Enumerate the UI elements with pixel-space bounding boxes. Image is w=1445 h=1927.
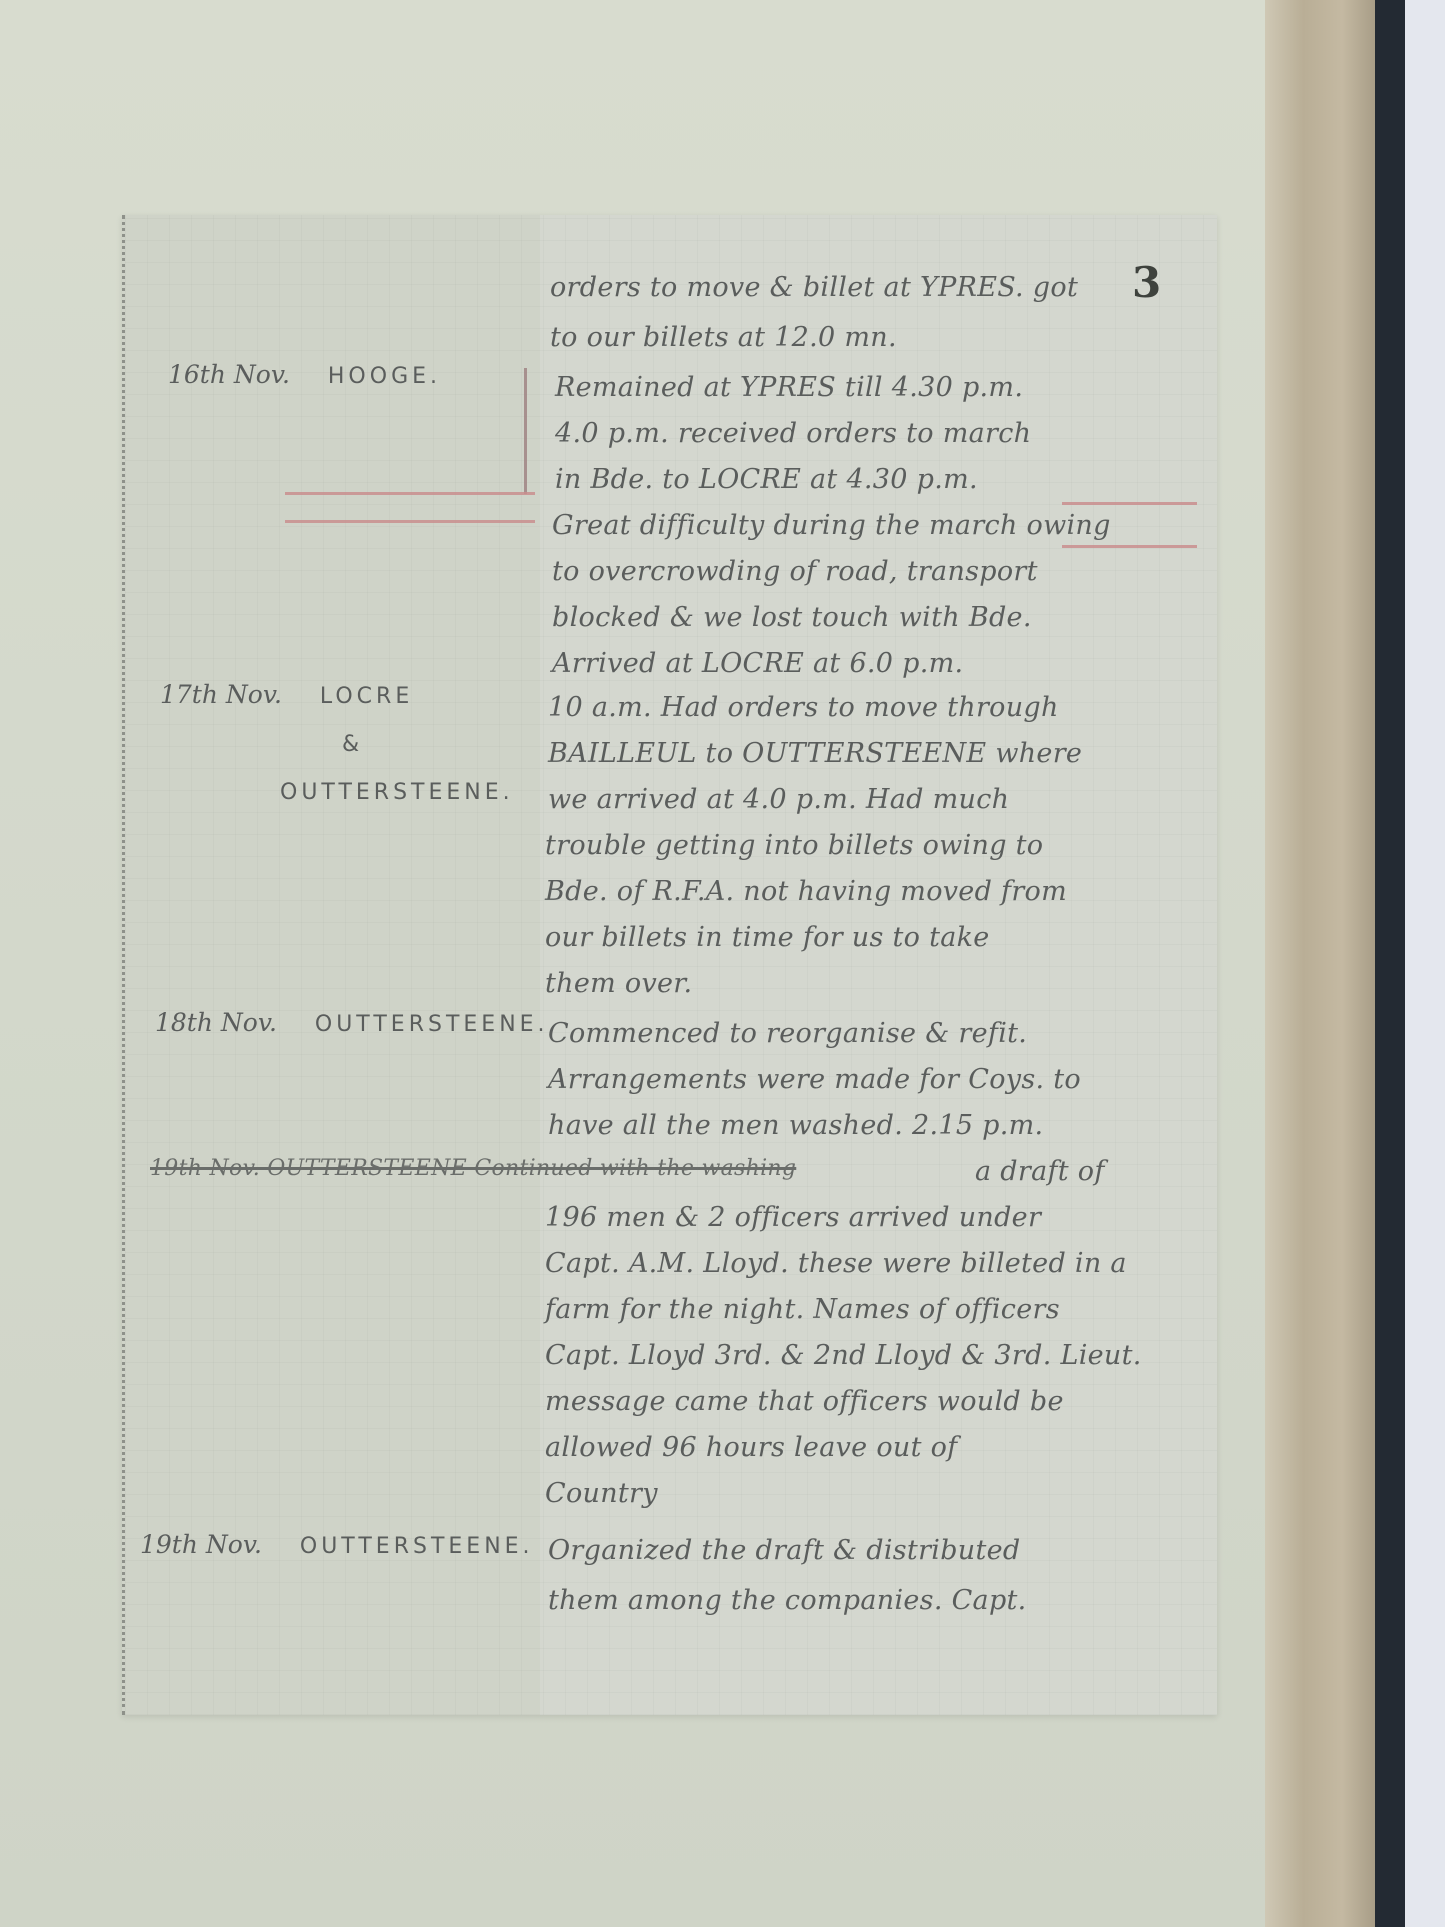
struck-out-text: 19th Nov. OUTTERSTEENE Continued with th… bbox=[150, 1156, 796, 1181]
diary-line: trouble getting into billets owing to bbox=[545, 830, 1043, 861]
diary-entry-date-place: 17th Nov. LOCRE bbox=[160, 680, 413, 709]
entry-date: 18th Nov. bbox=[155, 1008, 277, 1037]
diary-line: Capt. A.M. Lloyd. these were billeted in… bbox=[545, 1248, 1127, 1279]
diary-line: blocked & we lost touch with Bde. bbox=[552, 602, 1032, 633]
diary-line: Country bbox=[545, 1478, 658, 1509]
diary-line: Great difficulty during the march owing bbox=[552, 510, 1111, 541]
entry-place: OUTTERSTEENE. bbox=[315, 1012, 549, 1037]
diary-line: allowed 96 hours leave out of bbox=[545, 1432, 957, 1463]
entry-place-connector: & bbox=[342, 728, 363, 757]
entry-place: OUTTERSTEENE. bbox=[300, 1534, 534, 1559]
red-vertical-rule bbox=[524, 368, 527, 494]
diary-entry-date-place: 16th Nov. HOOGE. bbox=[168, 360, 441, 389]
red-horizontal-rule bbox=[285, 492, 535, 495]
diary-entry-date-place: 19th Nov. OUTTERSTEENE. bbox=[140, 1530, 534, 1559]
diary-line: 196 men & 2 officers arrived under bbox=[545, 1202, 1041, 1233]
diary-line: to our billets at 12.0 mn. bbox=[550, 322, 897, 353]
diary-line: our billets in time for us to take bbox=[545, 922, 990, 953]
diary-line: to overcrowding of road, transport bbox=[552, 556, 1038, 587]
diary-line: Arrived at LOCRE at 6.0 p.m. bbox=[552, 648, 963, 679]
diary-line: Capt. Lloyd 3rd. & 2nd Lloyd & 3rd. Lieu… bbox=[545, 1340, 1142, 1371]
diary-line: Remained at YPRES till 4.30 p.m. bbox=[555, 372, 1023, 403]
diary-line: Organized the draft & distributed bbox=[548, 1535, 1021, 1566]
page-number: 3 bbox=[1132, 258, 1161, 307]
diary-line: 4.0 p.m. received orders to march bbox=[555, 418, 1031, 449]
diary-line: a draft of bbox=[975, 1156, 1105, 1187]
entry-place-secondary: OUTTERSTEENE. bbox=[280, 776, 514, 805]
diary-line: Bde. of R.F.A. not having moved from bbox=[545, 876, 1067, 907]
diary-line: we arrived at 4.0 p.m. Had much bbox=[548, 784, 1009, 815]
diary-line: 10 a.m. Had orders to move through bbox=[548, 692, 1059, 723]
entry-place: LOCRE bbox=[320, 684, 413, 709]
wall-background bbox=[1405, 0, 1445, 1927]
diary-line: farm for the night. Names of officers bbox=[545, 1294, 1060, 1325]
entry-date: 16th Nov. bbox=[168, 360, 290, 389]
diary-line: them among the companies. Capt. bbox=[548, 1585, 1027, 1616]
red-underline bbox=[1062, 502, 1197, 505]
diary-line: Arrangements were made for Coys. to bbox=[548, 1064, 1081, 1095]
diary-line: orders to move & billet at YPRES. got bbox=[550, 272, 1078, 303]
frame-wood-edge bbox=[1265, 0, 1375, 1927]
entry-date: 17th Nov. bbox=[160, 680, 282, 709]
diary-line: have all the men washed. 2.15 p.m. bbox=[548, 1110, 1043, 1141]
entry-date: 19th Nov. bbox=[140, 1530, 262, 1559]
red-horizontal-rule bbox=[285, 520, 535, 523]
diary-entry-date-place: 18th Nov. OUTTERSTEENE. bbox=[155, 1008, 549, 1037]
diary-line: BAILLEUL to OUTTERSTEENE where bbox=[548, 738, 1082, 769]
red-underline bbox=[1062, 545, 1197, 548]
diary-line: them over. bbox=[545, 968, 692, 999]
diary-line: Commenced to reorganise & refit. bbox=[548, 1018, 1027, 1049]
frame-dark-edge bbox=[1375, 0, 1405, 1927]
diary-line: in Bde. to LOCRE at 4.30 p.m. bbox=[555, 464, 978, 495]
entry-place: HOOGE. bbox=[328, 364, 441, 389]
diary-line: message came that officers would be bbox=[545, 1386, 1064, 1417]
